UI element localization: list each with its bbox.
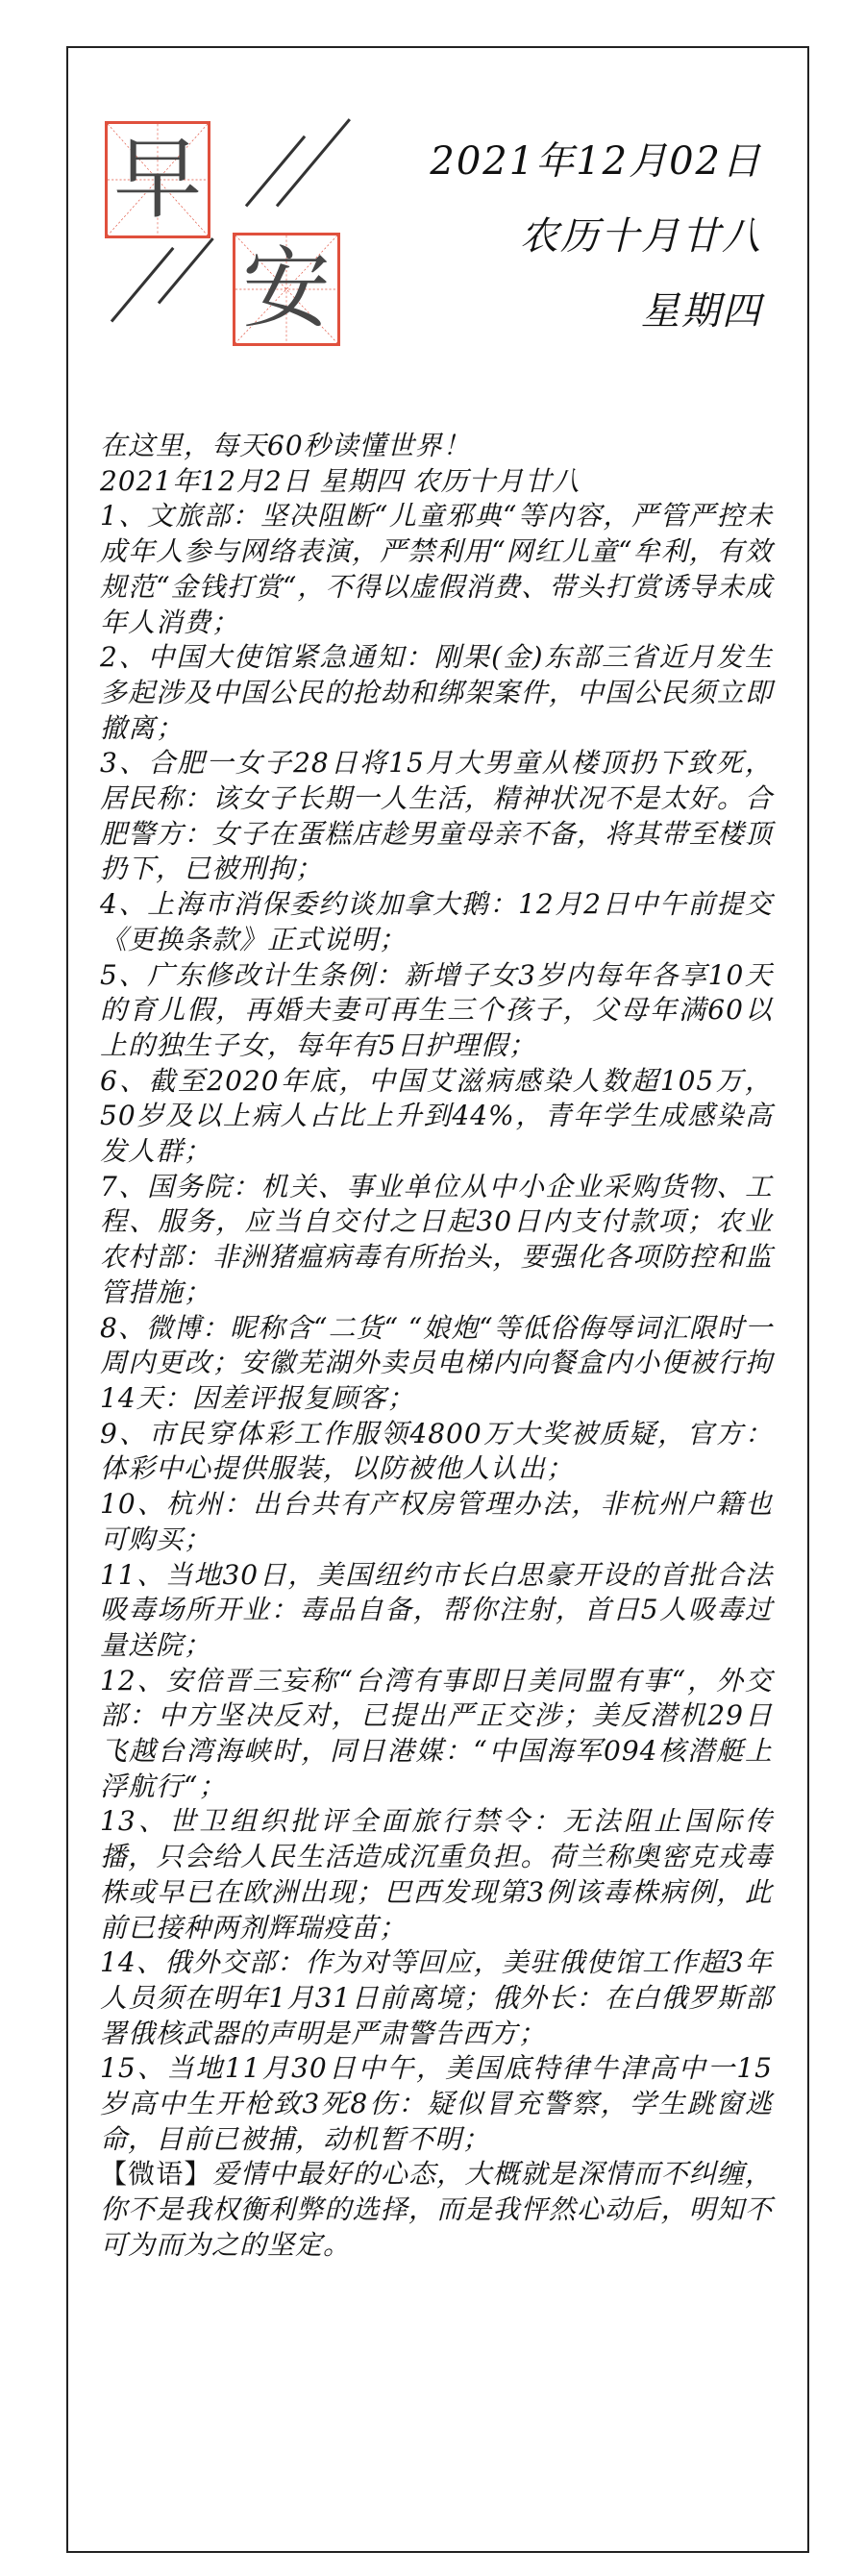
- news-item: 9、市民穿体彩工作服领4800万大奖被质疑，官方：体彩中心提供服装，以防被他人认…: [100, 1417, 773, 1487]
- news-item: 12、安倍晋三妄称“台湾有事即日美同盟有事“，外交部：中方坚决反对，已提出严正交…: [100, 1664, 773, 1805]
- weekday: 星期四: [641, 292, 762, 331]
- news-item: 13、世卫组织批评全面旅行禁令：无法阻止国际传播，只会给人民生活造成沉重负担。荷…: [100, 1804, 773, 1945]
- news-item: 1、文旅部：坚决阻断“儿童邪典“等内容，严管严控未成年人参与网络表演，严禁利用“…: [100, 499, 773, 640]
- title-box-an: 安: [233, 233, 340, 346]
- news-body: 在这里，每天60秒读懂世界！ 2021年12月2日 星期四 农历十月廿八 1、文…: [100, 429, 773, 2264]
- intro-dateline: 2021年12月2日 星期四 农历十月廿八: [100, 464, 773, 500]
- intro-tagline: 在这里，每天60秒读懂世界！: [100, 429, 773, 464]
- news-item: 3、合肥一女子28日将15月大男童从楼顶扔下致死，居民称：该女子长期一人生活，精…: [100, 746, 773, 887]
- news-item: 7、国务院：机关、事业单位从中小企业采购货物、工程、服务，应当自交付之日起30日…: [100, 1170, 773, 1311]
- news-item: 4、上海市消保委约谈加拿大鹅：12月2日中午前提交《更换条款》正式说明；: [100, 887, 773, 957]
- title-char-an: 安: [235, 235, 337, 343]
- news-item: 8、微博：昵称含“二货“ “娘炮“等低俗侮辱词汇限时一周内更改；安徽芜湖外卖员电…: [100, 1311, 773, 1417]
- quote: 【微语】爱情中最好的心态，大概就是深情而不纠缠，你不是我权衡利弊的选择，而是我怦…: [100, 2157, 773, 2263]
- news-item: 11、当地30日，美国纽约市长白思豪开设的首批合法吸毒场所开业：毒品自备，帮你注…: [100, 1558, 773, 1664]
- lunar-date: 农历十月廿八: [520, 217, 762, 256]
- news-item: 5、广东修改计生条例：新增子女3岁内每年各享10天的育儿假，再婚夫妻可再生三个孩…: [100, 958, 773, 1064]
- news-item: 14、俄外交部：作为对等回应，美驻俄使馆工作超3年人员须在明年1月31日前离境；…: [100, 1945, 773, 2051]
- news-item: 6、截至2020年底，中国艾滋病感染人数超105万，50岁及以上病人占比上升到4…: [100, 1064, 773, 1170]
- news-item: 2、中国大使馆紧急通知：刚果(金)东部三省近月发生多起涉及中国公民的抢劫和绑架案…: [100, 640, 773, 746]
- quote-label: 【微语】: [100, 2158, 212, 2190]
- title-box-zao: 早: [105, 121, 210, 238]
- gregorian-date: 2021年12月02日: [430, 142, 762, 181]
- news-item: 10、杭州：出台共有产权房管理办法，非杭州户籍也可购买；: [100, 1487, 773, 1557]
- title-char-zao: 早: [108, 124, 208, 235]
- news-item: 15、当地11月30日中午，美国底特律牛津高中一15岁高中生开枪致3死8伤：疑似…: [100, 2051, 773, 2157]
